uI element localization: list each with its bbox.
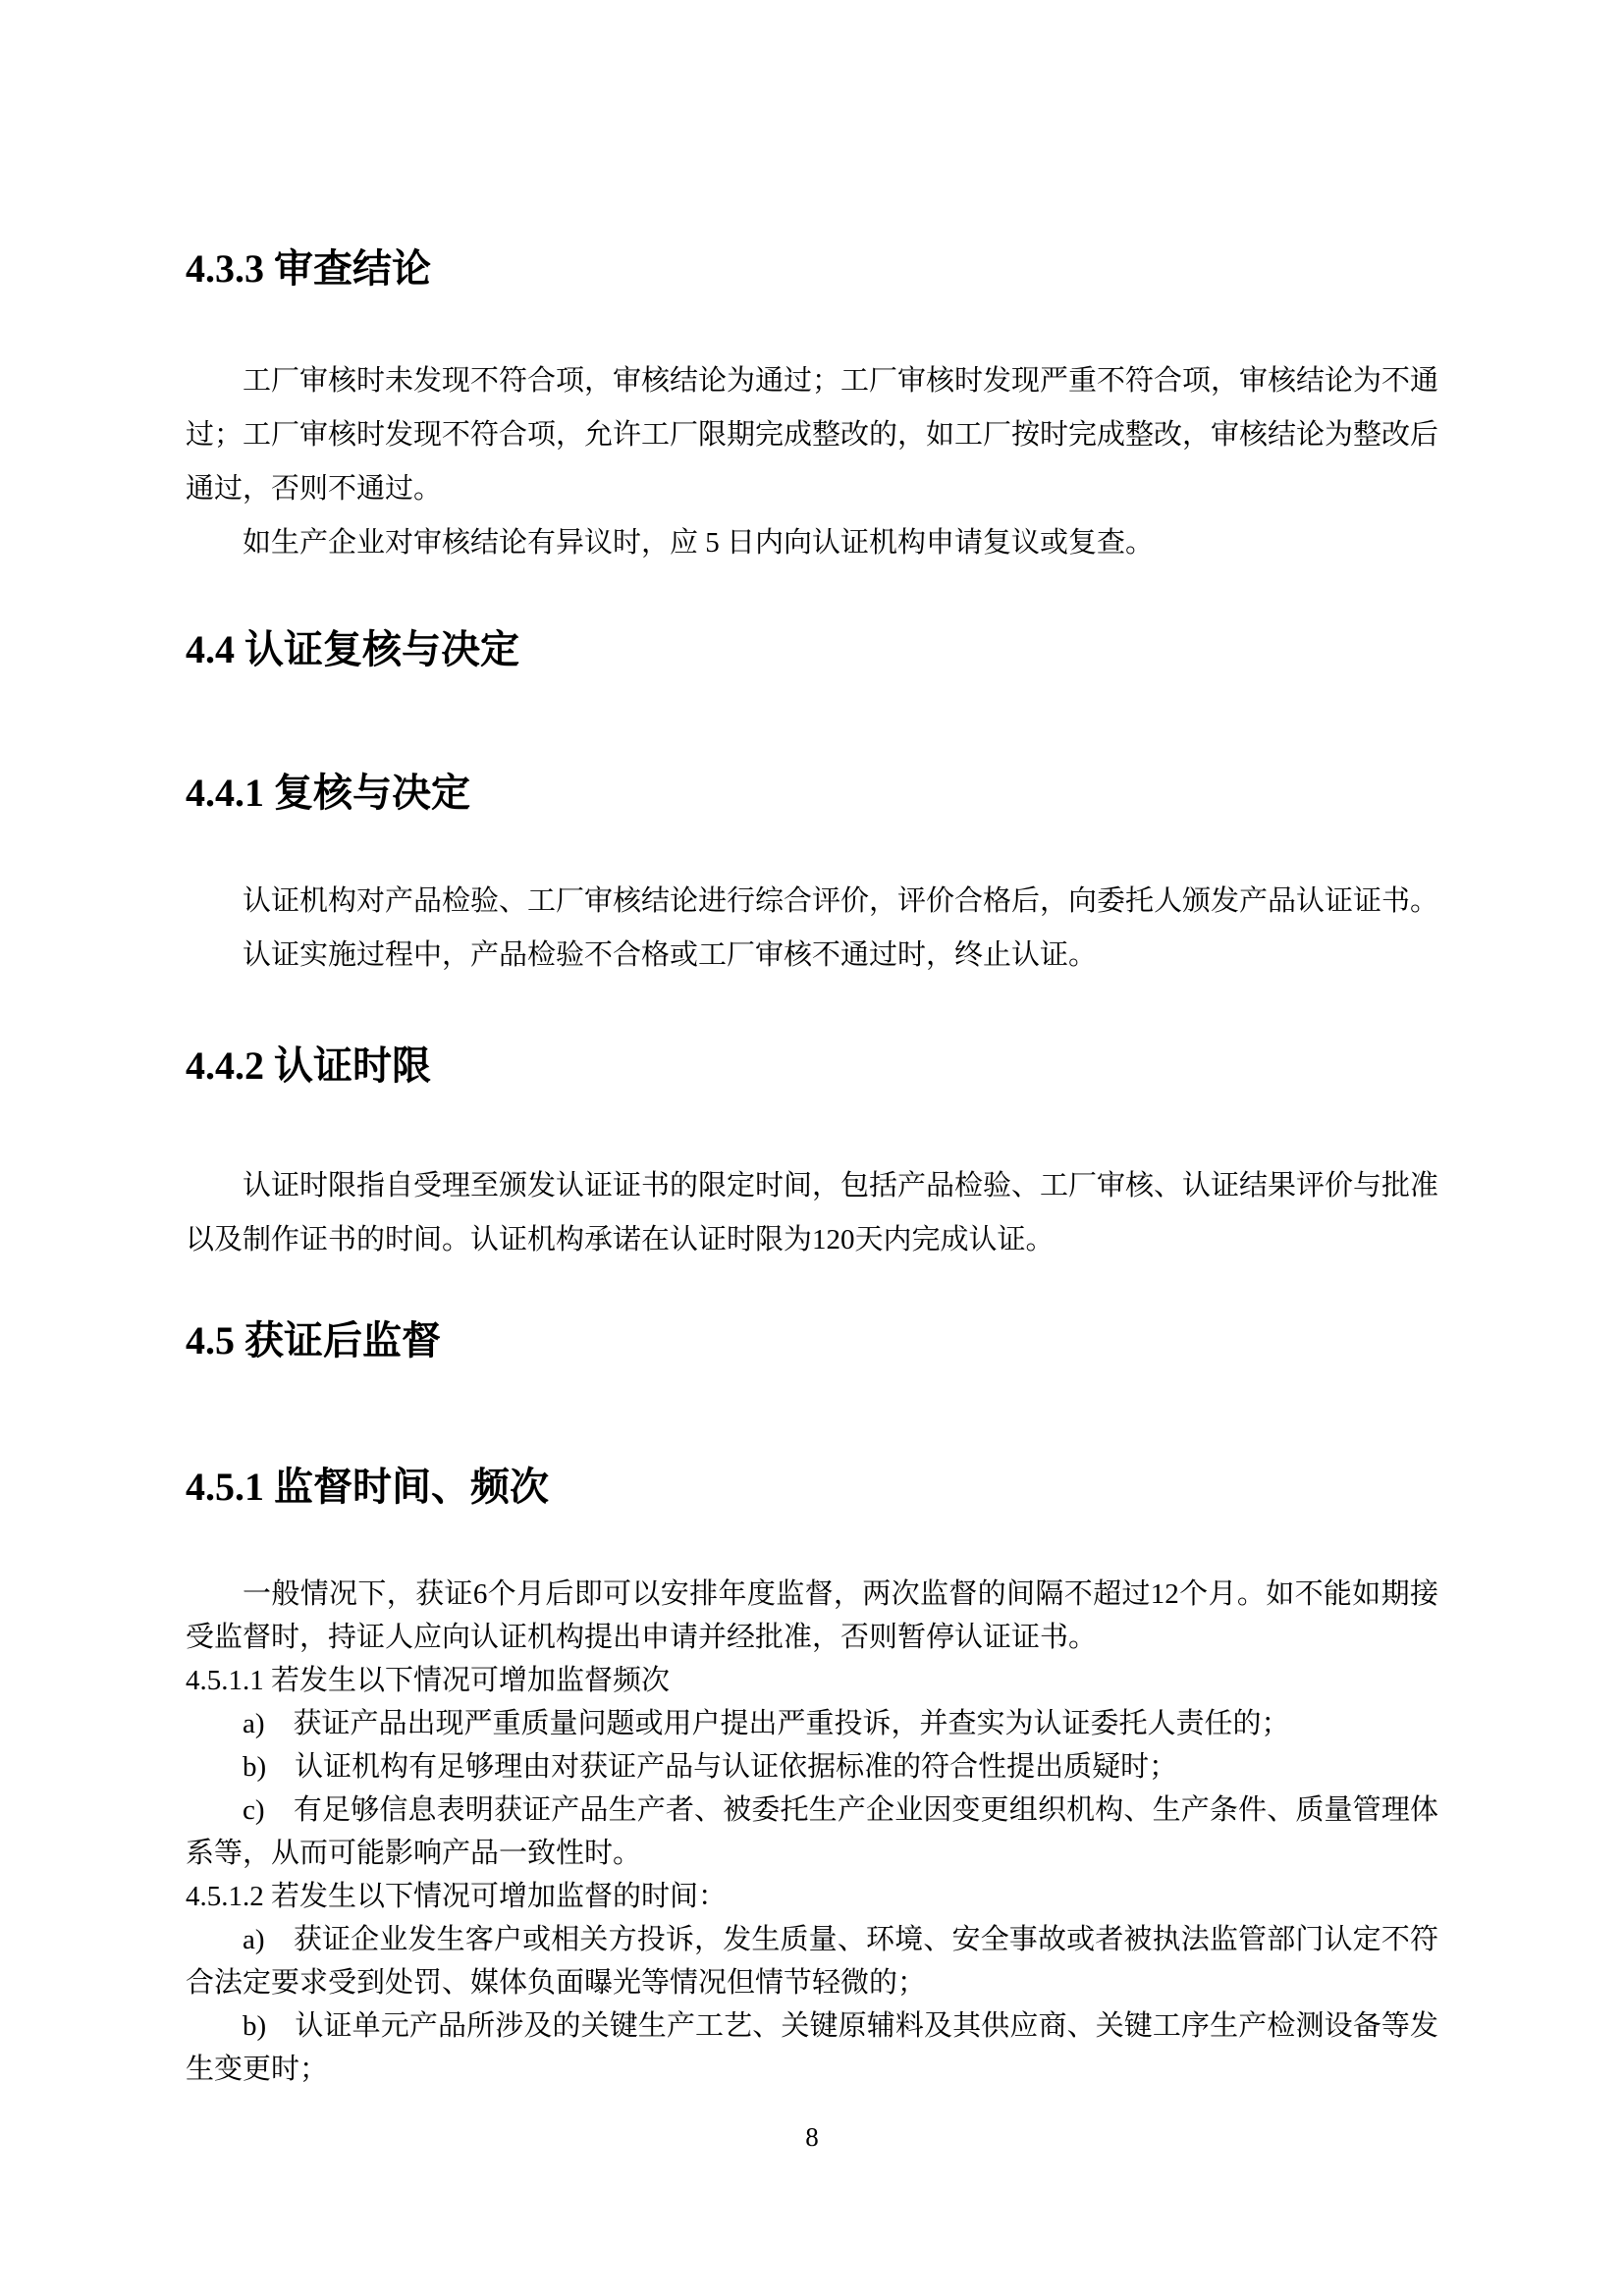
clause-4-5-1-2-title: 4.5.1.2 若发生以下情况可增加监督的时间： <box>186 1875 1438 1918</box>
clause-4-5-1-2-item-a: a) 获证企业发生客户或相关方投诉，发生质量、环境、安全事故或者被执法监管部门认… <box>186 1918 1438 2004</box>
clause-4-5-1-1-item-a: a) 获证产品出现严重质量问题或用户提出严重投诉，并查实为认证委托人责任的； <box>186 1702 1438 1745</box>
paragraph-supervision-intro: 一般情况下，获证6个月后即可以安排年度监督，两次监督的间隔不超过12个月。如不能… <box>186 1573 1438 1659</box>
page-number: 8 <box>805 2122 819 2152</box>
clause-4-5-1-2-item-b: b) 认证单元产品所涉及的关键生产工艺、关键原辅料及其供应商、关键工序生产检测设… <box>186 2004 1438 2091</box>
heading-4-4-2-certification-time-limit: 4.4.2 认证时限 <box>186 1043 1438 1089</box>
heading-4-5-post-certification-supervision: 4.5 获证后监督 <box>186 1318 1438 1363</box>
supervision-clauses-block: 一般情况下，获证6个月后即可以安排年度监督，两次监督的间隔不超过12个月。如不能… <box>186 1573 1438 2091</box>
heading-4-4-1-review-and-decision: 4.4.1 复核与决定 <box>186 771 1438 816</box>
paragraph-certification-termination: 认证实施过程中，产品检验不合格或工厂审核不通过时，终止认证。 <box>186 929 1438 983</box>
document-page: 4.3.3 审查结论 工厂审核时未发现不符合项，审核结论为通过；工厂审核时发现严… <box>0 0 1624 2296</box>
heading-4-3-3-review-conclusion: 4.3.3 审查结论 <box>186 246 1438 292</box>
paragraph-time-limit-definition: 认证时限指自受理至颁发认证证书的限定时间，包括产品检验、工厂审核、认证结果评价与… <box>186 1159 1438 1267</box>
clause-4-5-1-1-item-c: c) 有足够信息表明获证产品生产者、被委托生产企业因变更组织机构、生产条件、质量… <box>186 1789 1438 1875</box>
page-footer: 8 <box>186 2120 1438 2154</box>
paragraph-objection-procedure: 如生产企业对审核结论有异议时，应 5 日内向认证机构申请复议或复查。 <box>186 516 1438 570</box>
heading-4-5-1-supervision-time-frequency: 4.5.1 监督时间、频次 <box>186 1465 1438 1510</box>
paragraph-comprehensive-evaluation: 认证机构对产品检验、工厂审核结论进行综合评价，评价合格后，向委托人颁发产品认证证… <box>186 875 1438 929</box>
paragraph-audit-conclusion-rules: 工厂审核时未发现不符合项，审核结论为通过；工厂审核时发现严重不符合项，审核结论为… <box>186 354 1438 516</box>
clause-4-5-1-1-title: 4.5.1.1 若发生以下情况可增加监督频次 <box>186 1659 1438 1702</box>
clause-4-5-1-1-item-b: b) 认证机构有足够理由对获证产品与认证依据标准的符合性提出质疑时； <box>186 1745 1438 1789</box>
heading-4-4-certification-review-decision: 4.4 认证复核与决定 <box>186 627 1438 672</box>
